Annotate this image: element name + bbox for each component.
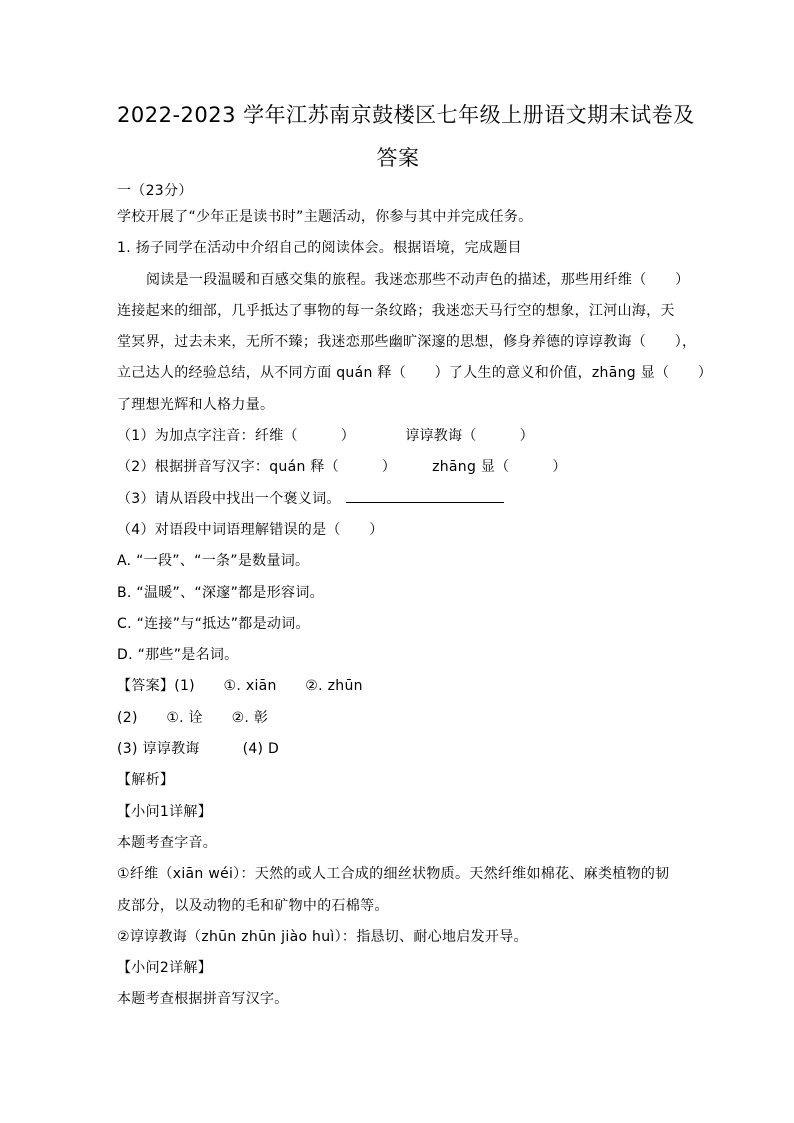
activity-intro: 学校开展了“少年正是读书时”主题活动，你参与其中并完成任务。 xyxy=(117,202,679,233)
page-title-line1: 2022-2023 学年江苏南京鼓楼区七年级上册语文期末试卷及 xyxy=(117,94,679,137)
analysis-sub2-intro: 本题考查根据拼音写汉字。 xyxy=(117,984,679,1015)
subquestion-3: （3）请从语段中找出一个褒义词。 xyxy=(117,484,679,515)
passage-line: 连接起来的细部，几乎抵达了事物的每一条纹路；我迷恋天马行空的想象，江河山海，天 xyxy=(117,296,679,327)
analysis-sub1-label: 【小问1详解】 xyxy=(117,797,679,828)
answer-blank-line xyxy=(346,487,504,503)
analysis-sub1-intro: 本题考查字音。 xyxy=(117,828,679,859)
analysis-label: 【解析】 xyxy=(117,765,679,796)
document-content: 2022-2023 学年江苏南京鼓楼区七年级上册语文期末试卷及 答案 一（23分… xyxy=(117,94,679,1016)
analysis-sub1-item2: ②谆谆教诲（zhūn zhūn jiào huì）：指恳切、耐心地启发开导。 xyxy=(117,922,679,953)
subquestion-2: （2）根据拼音写汉字：quán 释（ ） zhāng 显（ ） xyxy=(117,452,679,483)
passage-line: 阅读是一段温暖和百感交集的旅程。我迷恋那些不动声色的描述，那些用纤维（ ） xyxy=(117,265,679,296)
answer-line-3: (3) 谆谆教诲 (4) D xyxy=(117,734,679,765)
analysis-sub1-item1-line2: 皮部分，以及动物的毛和矿物中的石棉等。 xyxy=(117,891,679,922)
section-heading: 一（23分） xyxy=(117,180,679,202)
option-a: A. “一段”、“一条”是数量词。 xyxy=(117,546,679,577)
passage-line: 了理想光辉和人格力量。 xyxy=(117,390,679,421)
analysis-sub2-label: 【小问2详解】 xyxy=(117,953,679,984)
subquestion-4: （4）对语段中词语理解错误的是（ ） xyxy=(117,515,679,546)
answer-line-1: 【答案】(1) ①. xiān ②. zhūn xyxy=(117,671,679,702)
subquestion-1: （1）为加点字注音：纤维（ ） 谆谆教诲（ ） xyxy=(117,421,679,452)
subquestion-3-text: （3）请从语段中找出一个褒义词。 xyxy=(117,491,341,507)
page-title-line2: 答案 xyxy=(117,137,679,180)
document-page: 2022-2023 学年江苏南京鼓楼区七年级上册语文期末试卷及 答案 一（23分… xyxy=(0,0,794,1123)
passage-line: 堂冥界，过去未来，无所不臻；我迷恋那些幽旷深邃的思想，修身养德的谆谆教诲（ ）， xyxy=(117,327,679,358)
question-1-stem: 1. 扬子同学在活动中介绍自己的阅读体会。根据语境，完成题目 xyxy=(117,233,679,264)
answer-line-2: (2) ①. 诠 ②. 彰 xyxy=(117,703,679,734)
analysis-sub1-item1-line1: ①纤维（xiān wéi）：天然的或人工合成的细丝状物质。天然纤维如棉花、麻类植… xyxy=(117,859,679,890)
option-c: C. “连接”与“抵达”都是动词。 xyxy=(117,609,679,640)
option-d: D. “那些”是名词。 xyxy=(117,640,679,671)
option-b: B. “温暖”、“深邃”都是形容词。 xyxy=(117,578,679,609)
passage-line: 立己达人的经验总结，从不同方面 quán 释（ ）了人生的意义和价值，zhāng… xyxy=(117,358,679,389)
